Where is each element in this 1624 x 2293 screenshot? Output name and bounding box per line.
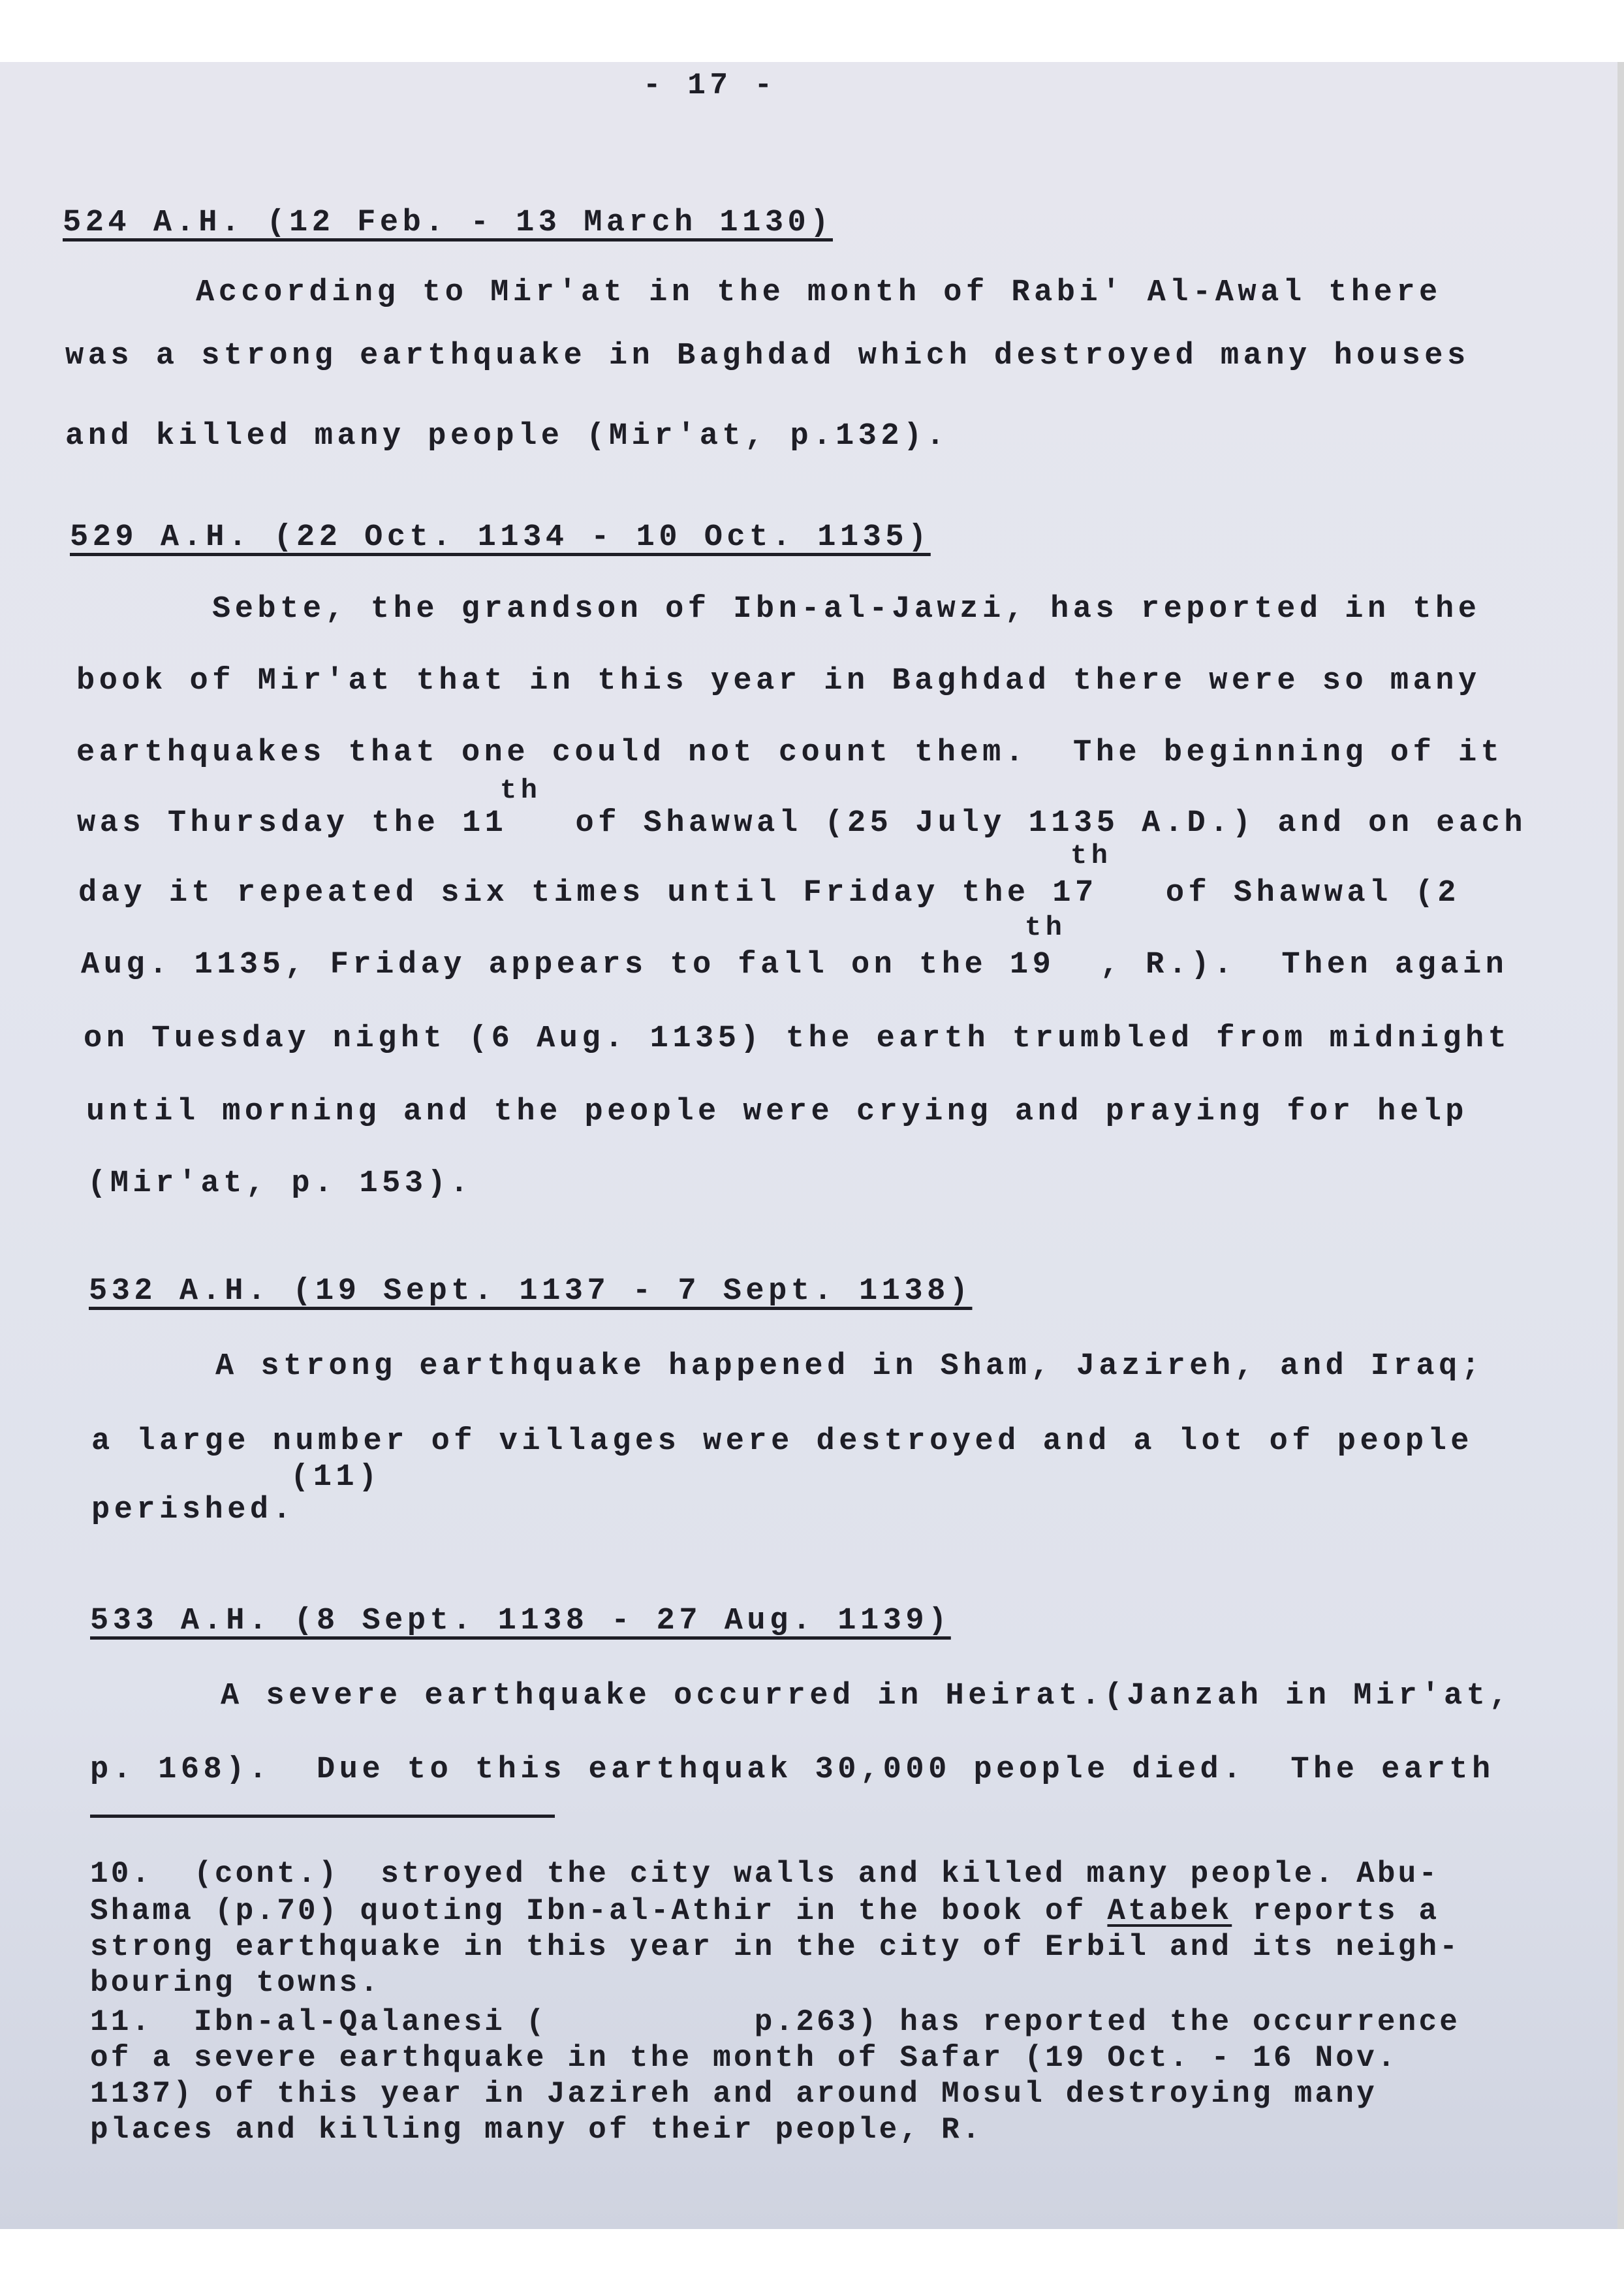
footnote-line: 10. (cont.) stroyed the city walls and k…: [90, 1859, 1439, 1889]
body-line: According to Mir'at in the month of Rabi…: [196, 277, 1442, 308]
body-line: was a strong earthquake in Baghdad which…: [65, 341, 1470, 371]
footnote-reference: (11): [290, 1462, 381, 1493]
footnote-line: 1137) of this year in Jazireh and around…: [90, 2079, 1377, 2109]
footnote-line: places and killing many of their people,…: [90, 2115, 983, 2145]
footnote-line: 11. Ibn-al-Qalanesi ( p.263) has reporte…: [90, 2007, 1460, 2037]
footnote-text: Shama (p.70) quoting Ibn-al-Athir in the…: [90, 1894, 1107, 1928]
footnote-text: reports a: [1232, 1894, 1439, 1928]
body-line: earthquakes that one could not count the…: [76, 738, 1503, 768]
footnote-line: Shama (p.70) quoting Ibn-al-Athir in the…: [90, 1896, 1439, 1926]
section-heading-529: 529 A.H. (22 Oct. 1134 - 10 Oct. 1135): [70, 522, 931, 553]
body-line: book of Mir'at that in this year in Bagh…: [76, 666, 1481, 696]
body-line: A severe earthquake occurred in Heirat.(…: [221, 1681, 1512, 1711]
body-line: was Thursday the 11 of Shawwal (25 July …: [77, 808, 1527, 839]
page-number: - 17 -: [643, 70, 777, 101]
body-line: day it repeated six times until Friday t…: [78, 878, 1460, 909]
body-line: on Tuesday night (6 Aug. 1135) the earth…: [84, 1023, 1510, 1054]
section-heading-524: 524 A.H. (12 Feb. - 13 March 1130): [63, 208, 833, 238]
superscript: th: [1025, 914, 1066, 941]
body-line: and killed many people (Mir'at, p.132).: [65, 421, 948, 452]
superscript: th: [500, 777, 541, 804]
body-line: Aug. 1135, Friday appears to fall on the…: [81, 950, 1508, 980]
body-line: (Mir'at, p. 153).: [87, 1168, 473, 1199]
body-line: A strong earthquake happened in Sham, Ja…: [215, 1351, 1484, 1382]
body-line: a large number of villages were destroye…: [91, 1426, 1473, 1457]
page-edge: [1617, 62, 1624, 2229]
body-line: p. 168). Due to this earthquak 30,000 pe…: [90, 1755, 1495, 1785]
body-line: perished.: [91, 1495, 295, 1525]
footnote-separator: [90, 1815, 555, 1818]
section-heading-532: 532 A.H. (19 Sept. 1137 - 7 Sept. 1138): [89, 1276, 972, 1307]
book-title-atabek: Atabek: [1107, 1894, 1232, 1928]
section-heading-533: 533 A.H. (8 Sept. 1138 - 27 Aug. 1139): [90, 1606, 951, 1636]
footnote-line: of a severe earthquake in the month of S…: [90, 2043, 1398, 2073]
footnote-line: bouring towns.: [90, 1968, 381, 1998]
body-line: Sebte, the grandson of Ibn-al-Jawzi, has…: [212, 594, 1480, 625]
superscript: th: [1070, 842, 1112, 869]
footnote-line: strong earthquake in this year in the ci…: [90, 1932, 1460, 1962]
body-line: until morning and the people were crying…: [86, 1097, 1468, 1127]
